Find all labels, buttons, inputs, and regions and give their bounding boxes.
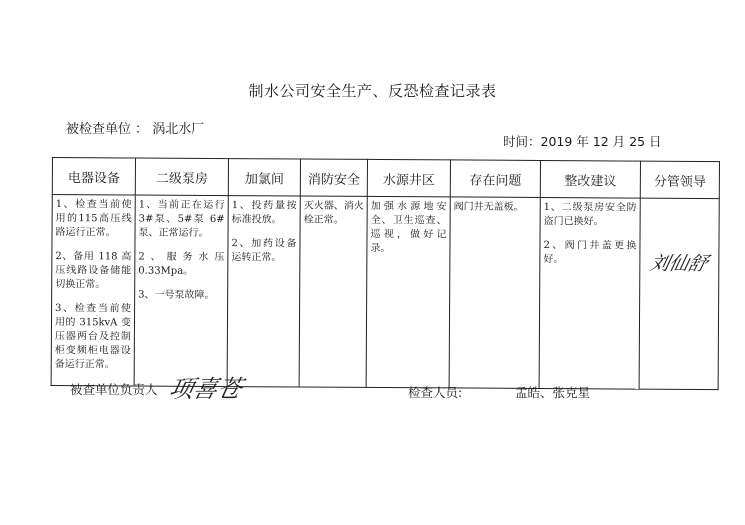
inspected-unit: 被检查单位 ： 涡北水厂	[66, 118, 204, 137]
inspectors-value: 孟皓、张克星	[515, 383, 590, 401]
inspected-unit-separator: ：	[131, 122, 152, 137]
inspected-unit-value: 涡北水厂	[152, 122, 204, 137]
pump-item-3: 3、一号泵故障。	[138, 289, 224, 304]
header-leader: 分管领导	[640, 161, 719, 198]
inspected-unit-label: 被检查单位	[66, 122, 131, 137]
pump-item-1: 1、当前正在运行 3#泵、5#泵 6#泵、正常运行。	[138, 199, 224, 242]
inspection-record-table: 电器设备 二级泵房 加氯间 消防安全 水源井区 存在问题 整改建议 分管领导 1…	[51, 157, 720, 390]
electrical-item-1: 1、检查当前使用的115高压线路运行正常。	[55, 198, 131, 240]
date-value: 2019 年 12 月 25 日	[541, 134, 662, 149]
chlorination-item-1: 1、投药量按标准投放。	[232, 199, 297, 227]
table-header-row: 电器设备 二级泵房 加氯间 消防安全 水源井区 存在问题 整改建议 分管领导	[52, 158, 719, 199]
table-row: 1、检查当前使用的115高压线路运行正常。 2、备用 118 高压线路设备储能切…	[51, 195, 719, 390]
document-title: 制水公司安全生产、反恐检查记录表	[0, 80, 745, 101]
inspectors-label: 检查人员:	[408, 383, 462, 401]
header-fire-safety: 消防安全	[300, 159, 367, 196]
electrical-item-2: 2、备用 118 高压线路设备储能切换正常。	[55, 250, 131, 292]
responsible-label: 被查单位负责人	[70, 382, 158, 397]
cell-issues: 阀门井无盖板。	[449, 197, 540, 389]
inspection-date: 时间：2019 年 12 月 25 日	[503, 132, 662, 150]
header-water-source: 水源井区	[367, 159, 450, 197]
header-issues: 存在问题	[450, 160, 540, 198]
cell-water-source: 加强水源地安全、卫生巡查、巡视，做好记录。	[366, 196, 450, 388]
leader-signature: 刘仙舒	[649, 257, 709, 271]
suggestion-item-1: 1、二级泵房安全防盗门已换好。	[544, 201, 637, 230]
cell-pump-room: 1、当前正在运行 3#泵、5#泵 6#泵、正常运行。 2、服务水压 0.33Mp…	[134, 195, 228, 387]
suggestion-item-2: 2、阀门井盖更换好。	[543, 239, 636, 268]
cell-suggestions: 1、二级泵房安全防盗门已换好。 2、阀门井盖更换好。	[539, 197, 640, 389]
pump-item-2: 2、服务水压 0.33Mpa。	[138, 251, 224, 280]
date-label: 时间：	[503, 134, 541, 149]
header-pump-room: 二级泵房	[135, 158, 228, 196]
header-chlorination: 加氯间	[228, 159, 300, 196]
cell-chlorination: 1、投药量按标准投放。 2、加药设备运转正常。	[227, 196, 300, 387]
responsible-person: 被查单位负责人	[70, 380, 158, 398]
header-suggestions: 整改建议	[540, 160, 640, 198]
water-source-item-1: 加强水源地安全、卫生巡查、巡视，做好记录。	[370, 200, 446, 256]
chlorination-item-2: 2、加药设备运转正常。	[231, 237, 296, 265]
cell-electrical: 1、检查当前使用的115高压线路运行正常。 2、备用 118 高压线路设备储能切…	[51, 195, 135, 387]
electrical-item-3: 3、检查当前使用的 315kvA 变压器两台及控制柜变频柜电器设备运行正常。	[55, 302, 131, 372]
header-electrical: 电器设备	[52, 158, 135, 196]
responsible-signature: 项喜苍	[166, 369, 245, 404]
cell-fire-safety: 灭火器、消火栓正常。	[299, 196, 367, 387]
cell-leader: 刘仙舒	[639, 198, 719, 389]
issues-item-1: 阀门井无盖板。	[454, 200, 537, 215]
fire-safety-item-1: 灭火器、消火栓正常。	[304, 200, 364, 228]
